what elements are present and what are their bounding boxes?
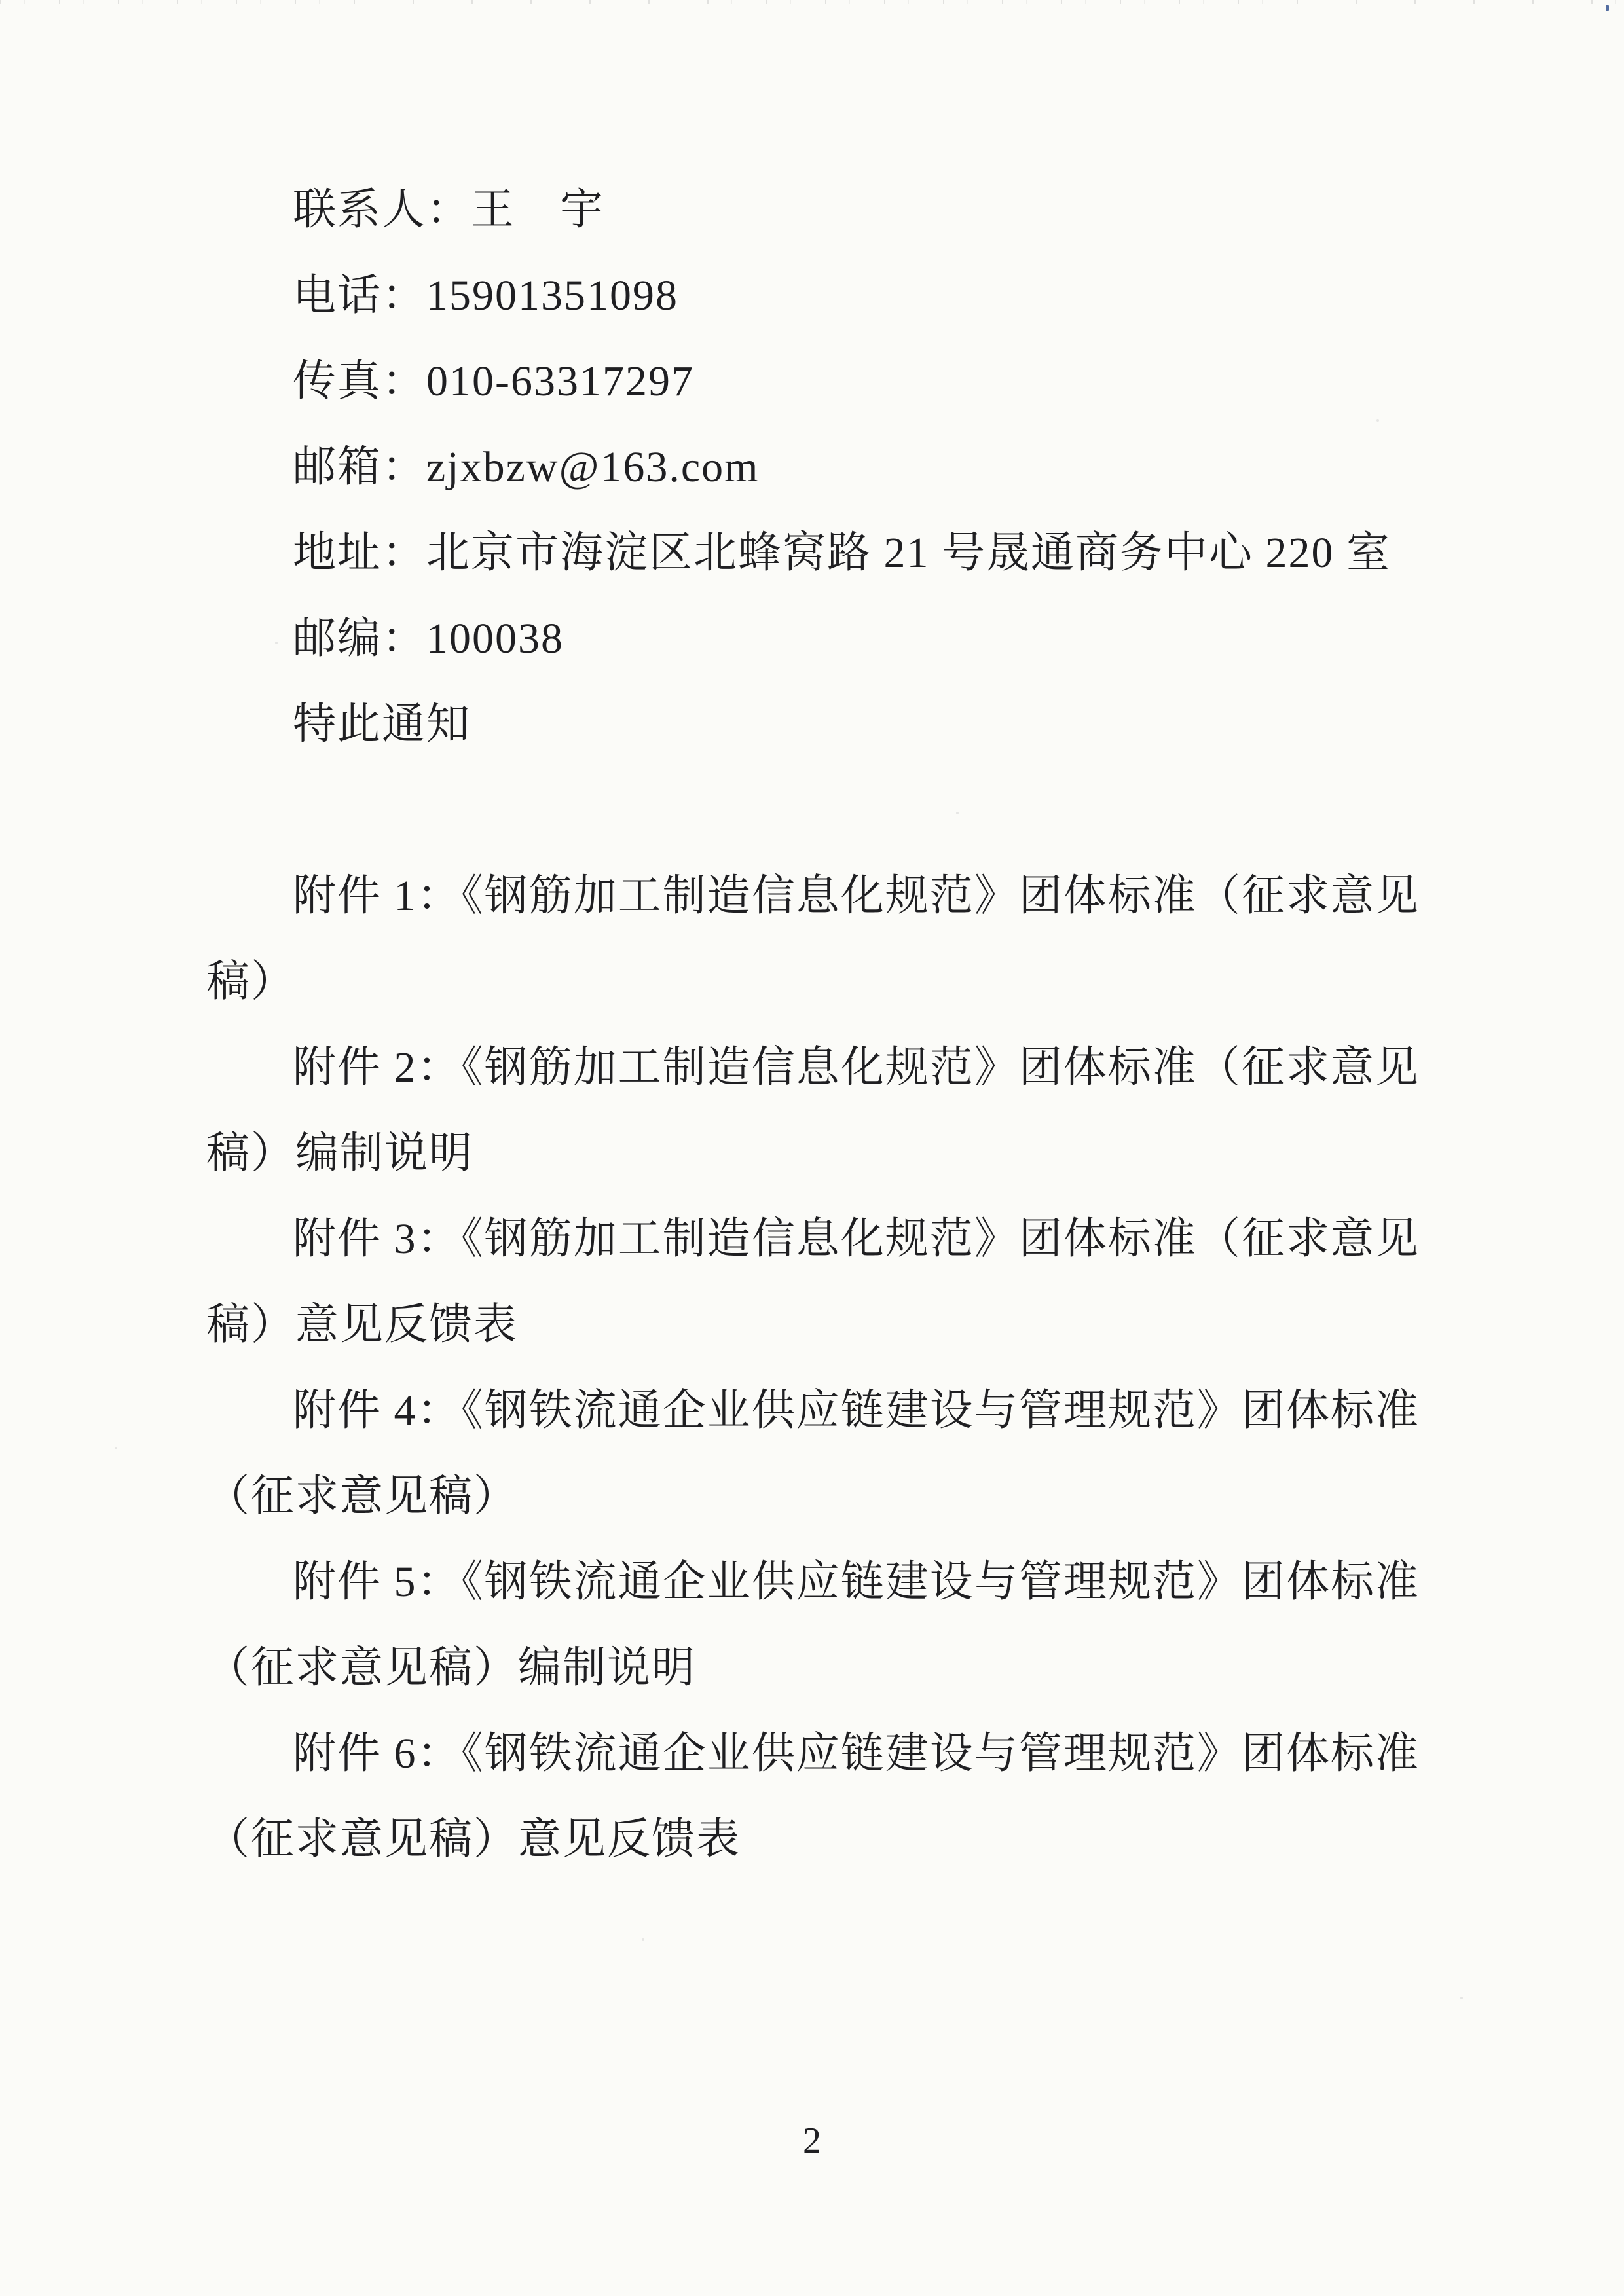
attachment-2-line-1: 附件 2：《钢筋加工制造信息化规范》团体标准（征求意见 — [206, 1025, 1420, 1110]
blank-line — [206, 767, 1420, 853]
attachment-3-line-2: 稿）意见反馈表 — [206, 1282, 1420, 1368]
fax-line: 传真：010-63317297 — [206, 338, 1420, 424]
document-body: 联系人：王 宇 电话：15901351098 传真：010-63317297 邮… — [206, 167, 1420, 1882]
attachment-1-line-1: 附件 1：《钢筋加工制造信息化规范》团体标准（征求意见 — [206, 853, 1420, 939]
scan-speck — [1460, 1997, 1463, 1999]
contact-person-line: 联系人：王 宇 — [206, 167, 1420, 253]
attachment-2-line-2: 稿）编制说明 — [206, 1110, 1420, 1196]
attachment-4-line-1: 附件 4：《钢铁流通企业供应链建设与管理规范》团体标准 — [206, 1368, 1420, 1453]
document-page: 联系人：王 宇 电话：15901351098 传真：010-63317297 邮… — [0, 0, 1624, 2296]
attachment-5-line-2: （征求意见稿）编制说明 — [206, 1625, 1420, 1711]
attachment-6-line-1: 附件 6：《钢铁流通企业供应链建设与管理规范》团体标准 — [206, 1711, 1420, 1796]
page-number: 2 — [0, 2120, 1624, 2162]
scan-edge-noise — [0, 0, 1624, 4]
attachment-1-line-2: 稿） — [206, 939, 1420, 1025]
email-line: 邮箱：zjxbzw@163.com — [206, 424, 1420, 510]
scan-speck — [642, 1938, 644, 1941]
attachment-5-line-1: 附件 5：《钢铁流通企业供应链建设与管理规范》团体标准 — [206, 1539, 1420, 1625]
closing-line: 特此通知 — [206, 682, 1420, 767]
attachment-4-line-2: （征求意见稿） — [206, 1453, 1420, 1539]
phone-line: 电话：15901351098 — [206, 253, 1420, 338]
scan-speck — [1606, 5, 1609, 11]
postcode-line: 邮编：100038 — [206, 596, 1420, 682]
attachment-3-line-1: 附件 3：《钢筋加工制造信息化规范》团体标准（征求意见 — [206, 1196, 1420, 1282]
attachment-6-line-2: （征求意见稿）意见反馈表 — [206, 1796, 1420, 1882]
scan-speck — [115, 1447, 117, 1449]
address-line: 地址：北京市海淀区北蜂窝路 21 号晟通商务中心 220 室 — [206, 510, 1420, 596]
